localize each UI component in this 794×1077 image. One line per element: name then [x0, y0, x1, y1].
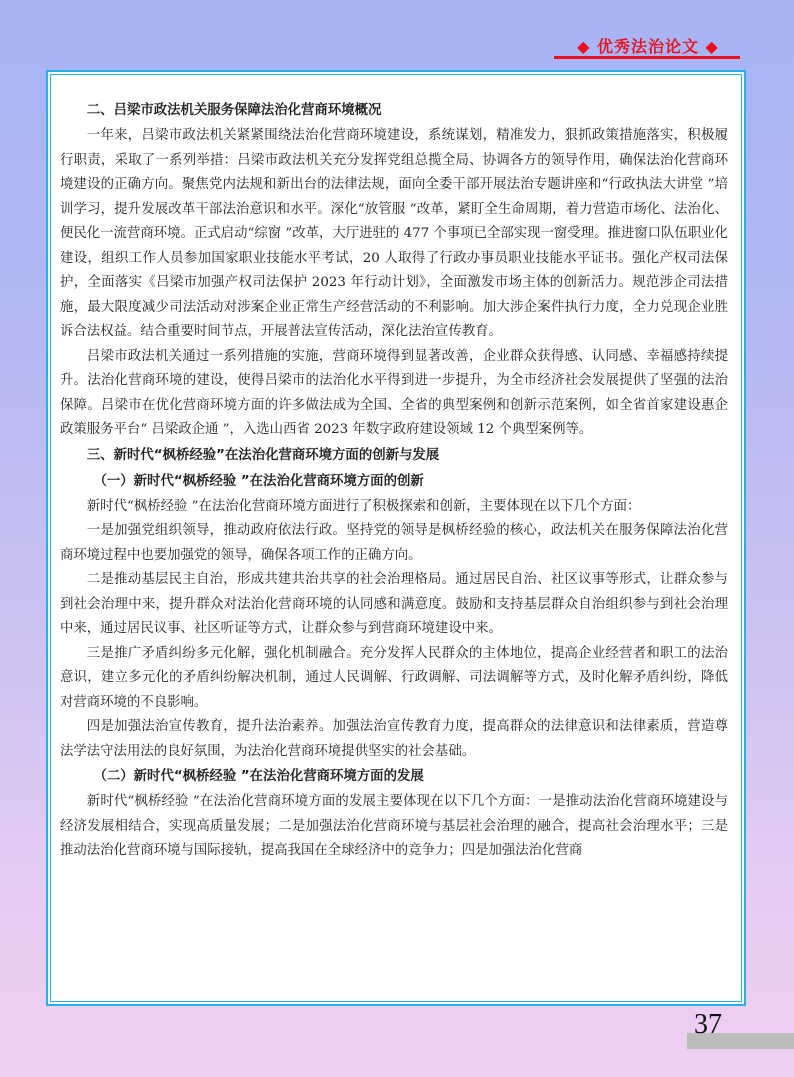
section-2-heading: 二、吕梁市政法机关服务保障法治化营商环境概况 [60, 98, 728, 124]
subsection-1-heading: （一）新时代“枫桥经验 ”在法治化营商环境方面的创新 [60, 469, 728, 495]
paragraph: 四是加强法治宣传教育，提升法治素养。加强法治宣传教育力度，提高群众的法律意识和法… [60, 715, 728, 764]
header-underline [554, 56, 740, 59]
paragraph: 新时代“枫桥经验 ”在法治化营商环境方面的发展主要体现在以下几个方面：一是推动法… [60, 790, 728, 864]
page-number: 37 [694, 1008, 722, 1042]
paragraph: 一年来，吕梁市政法机关紧紧围绕法治化营商环境建设，系统谋划，精准发力，狠抓政策措… [60, 124, 728, 345]
section-3-heading: 三、新时代“枫桥经验”在法治化营商环境方面的创新与发展 [60, 443, 728, 469]
article-body: 二、吕梁市政法机关服务保障法治化营商环境概况 一年来，吕梁市政法机关紧紧围绕法治… [60, 98, 728, 864]
subsection-2-heading: （二）新时代“枫桥经验 ”在法治化营商环境方面的发展 [60, 764, 728, 790]
paragraph: 吕梁市政法机关通过一系列措施的实施，营商环境得到显著改善，企业群众获得感、认同感… [60, 345, 728, 443]
paragraph: 新时代“枫桥经验 ”在法治化营商环境方面进行了积极探索和创新，主要体现在以下几个… [60, 495, 728, 520]
paragraph: 一是加强党组织领导，推动政府依法行政。坚持党的领导是枫桥经验的核心，政法机关在服… [60, 519, 728, 568]
paragraph: 三是推广矛盾纠纷多元化解，强化机制融合。充分发挥人民群众的主体地位，提高企业经营… [60, 642, 728, 716]
paragraph: 二是推动基层民主自治，形成共建共治共享的社会治理格局。通过居民自治、社区议事等形… [60, 568, 728, 642]
